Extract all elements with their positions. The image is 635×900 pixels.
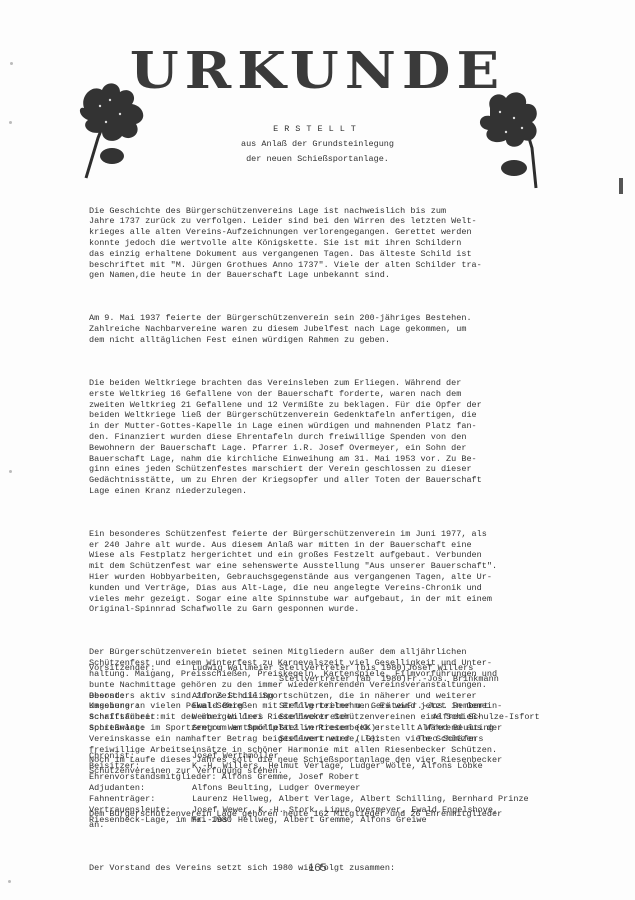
officer-role: Kassierer:: [89, 701, 192, 712]
officer-row: Stellvertreter (LG): Theo Schäfers: [89, 734, 599, 745]
officer-role: [89, 674, 192, 685]
officer-name: [192, 674, 279, 685]
deputy-name: Josef Willers: [407, 663, 473, 674]
officer-row: Vorsitzender:Ludwig WallmeierStellvertre…: [89, 663, 599, 674]
officer-role: Schriftführer:: [89, 712, 192, 723]
officer-role-names: Ehrenvorstandsmitglieder: Alfons Gremme,…: [89, 772, 359, 783]
subtitle-block: ERSTELLT aus Anlaß der Grundsteinlegung …: [0, 122, 635, 167]
officer-row: Stellvertreter (ab 1980)Fr.-Jos. Brinkma…: [89, 674, 599, 685]
officer-name: Ewald Berg: [192, 701, 279, 712]
officer-name: Werner Willers: [192, 712, 279, 723]
officer-row: Schriftführer:Werner WillersStellvertret…: [89, 712, 599, 723]
officer-row: Beisitzer:K.-H. Willers, Helmut Verlage,…: [89, 761, 599, 772]
page-number: 165: [0, 862, 635, 874]
deputy-name: Alfred Beulting: [407, 723, 494, 734]
officer-role: Fahnenträger:: [89, 794, 192, 805]
punch-hole-mark: [8, 880, 11, 883]
officer-role: Vertrauensleute:: [89, 805, 192, 816]
punch-hole-mark: [10, 62, 13, 65]
officer-row: Adjudanten:Alfons Beulting, Ludger Overm…: [89, 783, 599, 794]
officer-role: [89, 734, 192, 745]
deputy-name: Alfred Schulze-Isfort: [407, 712, 540, 723]
officer-row: Chronist:Josef Werthmöller: [89, 751, 599, 762]
deputy-role: Stellvertreter (bis 1980): [279, 663, 407, 674]
deputy-name: Fr.-Jos. Rembert: [407, 701, 489, 712]
officer-row: Vertrauensleute:Josef Wewer, K.-H. Stork…: [89, 805, 599, 816]
officer-name: [192, 734, 279, 745]
officer-role: Schießwart:: [89, 723, 192, 734]
deputy-role: Stellvertreter:: [279, 712, 407, 723]
officer-names: Laurenz Hellweg, Albert Verlage, Albert …: [192, 794, 529, 805]
officer-names: K.-H. Willers, Helmut Verlage, Ludger Wö…: [192, 761, 483, 772]
deputy-role: [279, 691, 407, 702]
paragraph-history: Die Geschichte des Bürgerschützenvereins…: [89, 206, 589, 282]
paragraph-1937: Am 9. Mai 1937 feierte der Bürgerschütze…: [89, 313, 589, 345]
officer-names: Josef Wewer, K.-H. Stork, Linus Overmeye…: [192, 805, 498, 816]
officer-row: Oberst:Alfons Schilling: [89, 691, 599, 702]
deputy-role: Stellvertreter u. Gerätew.: [279, 701, 407, 712]
officer-name: Alfons Schilling: [192, 691, 279, 702]
subtitle-line-2: der neuen Schießsportanlage.: [0, 152, 635, 167]
officer-row: Ehrenvorstandsmitglieder: Alfons Gremme,…: [89, 772, 599, 783]
officer-name: Josef Werthmöller: [192, 751, 279, 762]
deputy-name: Fr.-Jos. Brinkmann: [407, 674, 499, 685]
punch-hole-mark: [9, 470, 12, 473]
deputy-role: Stellvertreter (LG):: [279, 734, 407, 745]
officer-row: Kassierer:Ewald BergStellvertreter u. Ge…: [89, 701, 599, 712]
officer-role: Beisitzer:: [89, 761, 192, 772]
paragraph-1977: Ein besonderes Schützenfest feierte der …: [89, 529, 589, 615]
officer-names: Alfons Beulting, Ludger Overmeyer: [192, 783, 360, 794]
officer-row: Fahnenträger:Laurenz Hellweg, Albert Ver…: [89, 794, 599, 805]
punch-hole-mark: [9, 121, 12, 124]
officer-name: Gregor Werthmöller: [192, 723, 279, 734]
subtitle-heading: ERSTELLT: [0, 122, 635, 137]
officer-name: Ludwig Wallmeier: [192, 663, 279, 674]
officer-role: Oberst:: [89, 691, 192, 702]
officers-table: Vorsitzender:Ludwig WallmeierStellvertre…: [89, 663, 599, 826]
paragraph-world-wars: Die beiden Weltkriege brachten das Verei…: [89, 378, 589, 497]
deputy-name: Theo Schäfers: [407, 734, 484, 745]
signoff: Riesenbeck-Lage, im Mai 1980: [89, 815, 232, 825]
deputy-role: Stellvertreter (KK):: [279, 723, 407, 734]
officer-role: Adjudanten:: [89, 783, 192, 794]
subtitle-line-1: aus Anlaß der Grundsteinlegung: [0, 137, 635, 152]
officer-role: Vorsitzender:: [89, 663, 192, 674]
officer-row: Schießwart:Gregor WerthmöllerStellvertre…: [89, 723, 599, 734]
deputy-role: Stellvertreter (ab 1980): [279, 674, 407, 685]
officer-role: Chronist:: [89, 751, 192, 762]
scan-edge-mark: [619, 178, 623, 194]
deputy-role: [279, 751, 407, 762]
